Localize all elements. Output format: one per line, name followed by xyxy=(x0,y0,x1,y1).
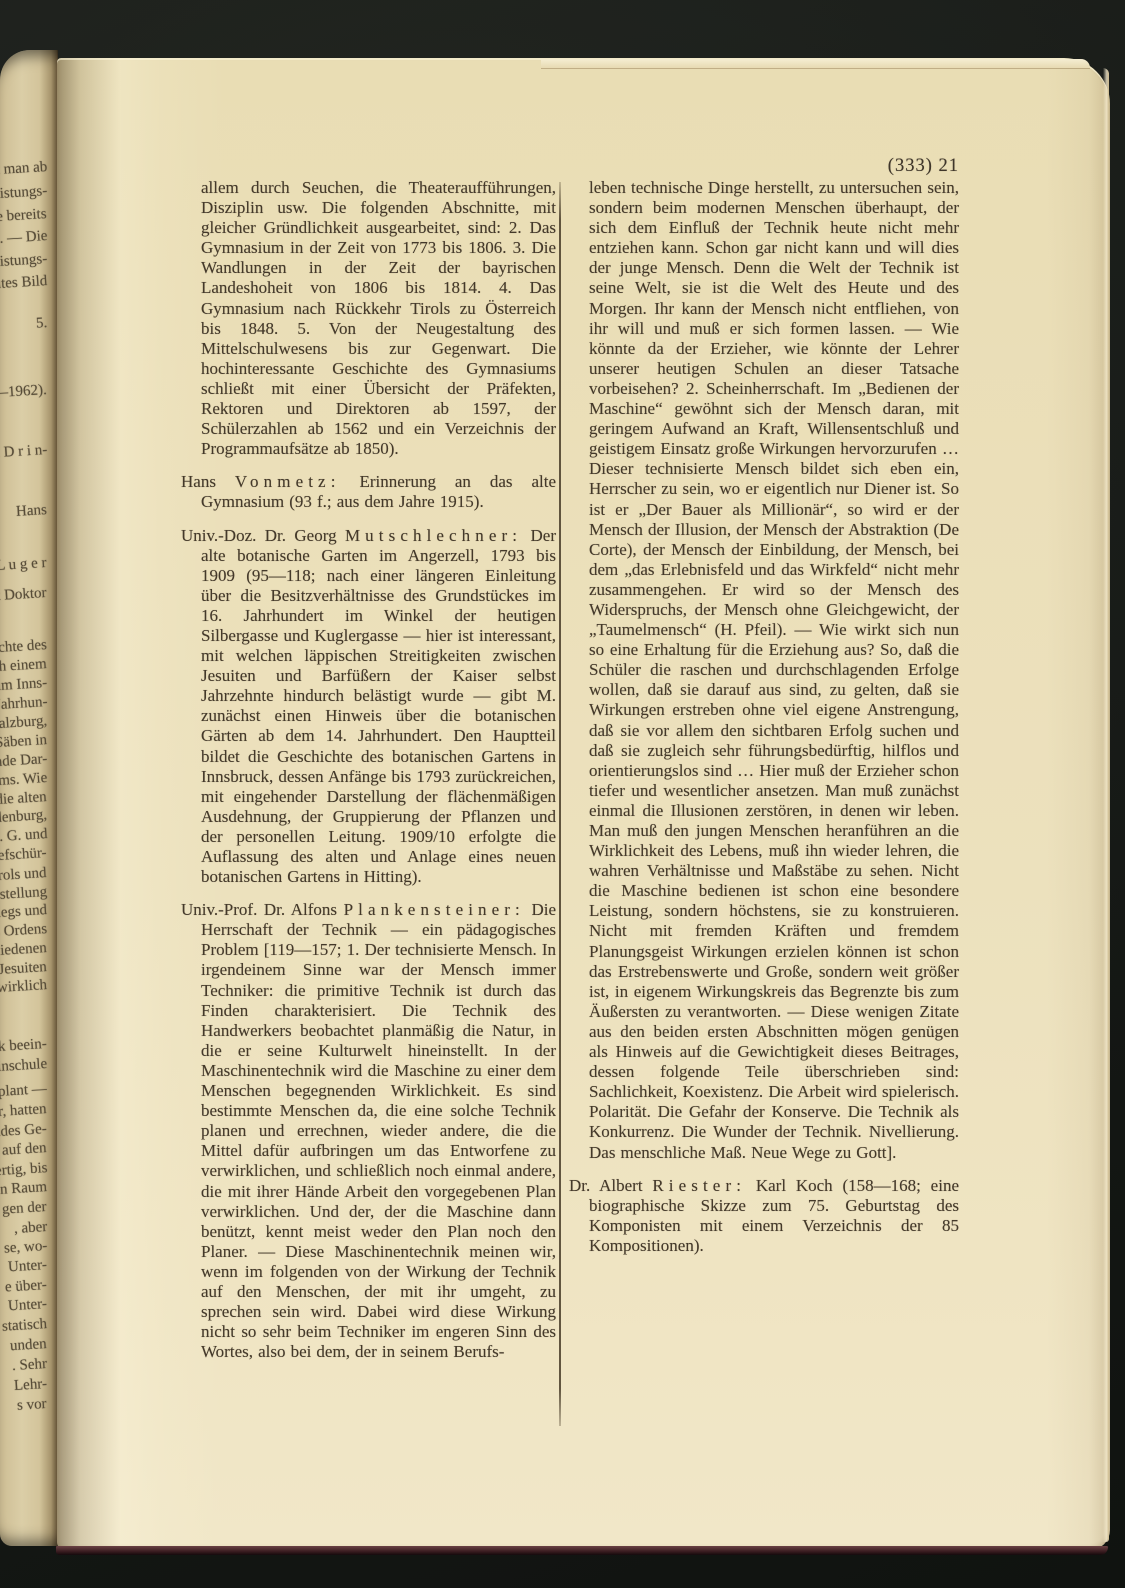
column-divider xyxy=(559,182,561,1426)
text-segment: Hans xyxy=(181,472,235,491)
margin-fragment: des Ordens xyxy=(0,922,47,941)
letterspaced-name: Mutschlechner: xyxy=(345,526,522,545)
margin-fragment: gen der xyxy=(2,1200,47,1218)
text-segment: Dr. Albert xyxy=(569,1176,652,1195)
margin-fragment: der Leistungs- xyxy=(0,252,47,272)
margin-fragment: Schule bereits xyxy=(0,207,47,227)
text-segment: Der alte botanische Garten im Angerzell,… xyxy=(201,526,556,887)
entry-vonmetz: Hans Vonmetz: Erinnerung an das alte Gym… xyxy=(181,472,556,512)
margin-fragment: in Salzburg, xyxy=(0,714,47,733)
text-segment: allem durch Seuchen, die Theateraufführu… xyxy=(201,178,556,458)
text-segment: Univ.-Doz. Dr. Georg xyxy=(181,526,345,545)
margin-fragment: sollte. — Die xyxy=(0,229,47,249)
letterspaced-name: Riester: xyxy=(652,1176,746,1195)
margin-fragment: unden xyxy=(10,1337,48,1354)
book-cover-edge xyxy=(56,1546,1108,1555)
margin-fragment: wirklich xyxy=(0,978,47,996)
book-scan: rachtet man abren Leistungs-Schule berei… xyxy=(0,0,1125,1588)
margin-fragment: ollegs und xyxy=(0,903,47,922)
margin-fragment: Unter- xyxy=(8,1297,48,1314)
page-top-edge xyxy=(541,59,1090,68)
margin-fragment: Unter- xyxy=(8,1258,48,1275)
margin-fragment: ren Leistungs- xyxy=(0,184,47,204)
text-segment: Die Herrschaft der Technik — ein pädagog… xyxy=(201,900,556,1361)
entry-plankensteiner: Univ.-Prof. Dr. Alfons Plankensteiner: D… xyxy=(181,900,556,1362)
margin-fragment: k beein- xyxy=(0,1037,47,1055)
letterspaced-name: Plankensteiner: xyxy=(344,900,525,919)
margin-fragment: Tirols und xyxy=(0,866,47,885)
entry-gymnasium-continuation: allem durch Seuchen, die Theateraufführu… xyxy=(181,178,556,459)
scanned-page: (333) 21 allem durch Seuchen, die Theate… xyxy=(57,58,1110,1550)
margin-fragment: auf den xyxy=(2,1141,47,1159)
margin-fragment: ; nach einem xyxy=(0,657,47,677)
margin-fragment: ndes Ge- xyxy=(0,1122,47,1140)
margin-fragment: Säben in xyxy=(0,733,47,751)
margin-fragment: rachtet man ab xyxy=(0,160,47,180)
page-right-edge xyxy=(1103,68,1109,1542)
margin-fragment: l. G. und xyxy=(0,827,47,845)
margin-fragments: rachtet man abren Leistungs-Schule berei… xyxy=(0,0,51,1588)
margin-fragment: Lehr- xyxy=(14,1377,48,1394)
margin-fragment: , Jesuiten xyxy=(0,960,47,978)
margin-fragment: e tiefschür- xyxy=(0,846,47,865)
letterspaced-name: Vonmetz: xyxy=(235,472,341,491)
margin-fragment: s vor xyxy=(17,1397,47,1414)
entry-mutschlechner: Univ.-Doz. Dr. Georg Mutschlechner: Der … xyxy=(181,526,556,888)
margin-fragment: asiums. Wie xyxy=(0,771,47,790)
entry-riester: Dr. Albert Riester: Karl Koch (158—168; … xyxy=(569,1176,959,1256)
margin-fragment: , aber xyxy=(13,1220,47,1237)
margin-fragment: cht gutes Bild xyxy=(0,274,47,294)
right-column: leben technische Dinge herstellt, zu unt… xyxy=(569,178,959,1269)
margin-fragment: neinschule xyxy=(0,1057,47,1076)
text-segment: Univ.-Prof. Dr. Alfons xyxy=(181,900,344,919)
margin-fragment: er die alten xyxy=(0,790,47,809)
margin-fragment: n Raum xyxy=(0,1180,47,1198)
margin-fragment: Hans xyxy=(16,503,48,520)
margin-fragment: 1562—1962). xyxy=(0,383,47,403)
margin-fragment: ois L u g e r xyxy=(0,556,47,575)
margin-fragment: plant — xyxy=(0,1082,47,1100)
margin-fragment: arstellung xyxy=(0,885,47,904)
left-column: allem durch Seuchen, die Theateraufführu… xyxy=(181,178,556,1375)
entry-plankensteiner-continuation: leben technische Dinge herstellt, zu unt… xyxy=(569,178,959,1163)
margin-fragment: 7. Jahrhun- xyxy=(0,695,47,714)
margin-fragment: nrich D r i n- xyxy=(0,443,47,463)
margin-fragment: schichte des xyxy=(0,638,47,657)
margin-fragment: ofrat Doktor xyxy=(0,586,47,606)
margin-fragment: Judenburg, xyxy=(0,808,47,827)
margin-fragment: selnde Dar- xyxy=(0,752,47,771)
page-number: (333) 21 xyxy=(569,156,959,177)
margin-fragment: se, wo- xyxy=(3,1239,47,1257)
margin-fragment: e über- xyxy=(5,1278,48,1296)
margin-fragment: ertig, bis xyxy=(0,1161,47,1179)
margin-fragment: statisch xyxy=(2,1317,48,1335)
margin-fragment: . Sehr xyxy=(12,1357,48,1374)
margin-fragment: r, hatten xyxy=(0,1102,47,1120)
margin-fragment: 5. xyxy=(35,316,47,332)
text-segment: leben technische Dinge herstellt, zu unt… xyxy=(589,178,959,1162)
margin-fragment: chiedenen xyxy=(0,941,47,960)
margin-fragment: e um Inns- xyxy=(0,676,47,695)
